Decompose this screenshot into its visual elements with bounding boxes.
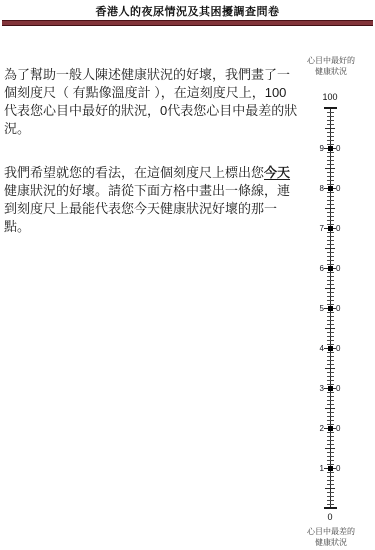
scale-tick	[327, 156, 334, 157]
scale-tick	[327, 176, 334, 177]
scale-tick	[327, 384, 334, 385]
scale-tick	[327, 456, 334, 457]
scale-tick	[327, 404, 334, 405]
scale-tick-marker	[328, 186, 333, 191]
scale-tick	[325, 448, 335, 449]
scale-tick-marker	[328, 346, 333, 351]
scale-tick	[327, 372, 334, 373]
scale-tick	[327, 144, 334, 145]
title-divider	[2, 20, 373, 26]
scale-tick	[327, 116, 334, 117]
scale-tick	[325, 288, 335, 289]
page-title: 香港人的夜尿情況及其困擾調查問卷	[0, 3, 375, 19]
scale-tick-marker	[328, 266, 333, 271]
scale-tick-label-left: 9	[310, 144, 324, 154]
scale-tick	[327, 132, 334, 133]
scale-tick	[327, 236, 334, 237]
scale-tick	[324, 107, 337, 109]
scale-tick	[327, 136, 334, 137]
scale-top-label: 心目中最好的 健康狀況	[271, 55, 375, 77]
scale-tick	[327, 204, 334, 205]
scale-tick	[327, 220, 334, 221]
scale-tick	[327, 336, 334, 337]
scale-tick	[327, 140, 334, 141]
scale-tick	[327, 260, 334, 261]
scale-tick	[327, 264, 334, 265]
scale-tick	[327, 284, 334, 285]
scale-tick-label-left: 7	[310, 224, 324, 234]
scale-tick	[327, 344, 334, 345]
scale-tick	[324, 507, 337, 509]
scale-tick	[327, 292, 334, 293]
scale-tick	[327, 432, 334, 433]
scale-tick	[327, 424, 334, 425]
scale-tick	[327, 200, 334, 201]
scale-tick	[327, 472, 334, 473]
scale-tick	[327, 504, 334, 505]
scale-tick	[327, 324, 334, 325]
scale-tick	[327, 444, 334, 445]
scale-tick	[327, 360, 334, 361]
scale-tick	[327, 272, 334, 273]
scale-tick-label-left: 1	[310, 464, 324, 474]
scale-tick	[327, 180, 334, 181]
scale-tick	[327, 192, 334, 193]
scale-tick	[327, 352, 334, 353]
intro-paragraph-1-text: 為了幫助一般人陳述健康狀況的好壞，我們畫了一 個刻度尺（ 有點像溫度計 ），在這…	[4, 67, 297, 136]
scale-tick	[327, 476, 334, 477]
scale-tick-marker	[328, 226, 333, 231]
scale-tick	[327, 232, 334, 233]
scale-tick	[327, 312, 334, 313]
scale-tick	[327, 152, 334, 153]
scale-tick	[327, 304, 334, 305]
scale-tick	[327, 316, 334, 317]
scale-tick	[325, 248, 335, 249]
scale-tick	[327, 436, 334, 437]
scale-tick	[327, 196, 334, 197]
scale-bottom-label: 心目中最差的 健康狀況	[271, 526, 375, 548]
scale-tick	[327, 332, 334, 333]
scale-tick	[327, 440, 334, 441]
scale-tick	[327, 452, 334, 453]
scale-tick	[327, 320, 334, 321]
scale-tick	[327, 160, 334, 161]
scale-tick	[327, 392, 334, 393]
scale-tick	[325, 408, 335, 409]
scale-tick	[325, 488, 335, 489]
scale-tick-label-right: 0	[336, 304, 350, 314]
scale-tick	[327, 416, 334, 417]
scale-tick-label-right: 0	[336, 144, 350, 154]
scale-tick	[327, 296, 334, 297]
scale-tick-label-left: 6	[310, 264, 324, 274]
scale-tick-label-right: 0	[336, 224, 350, 234]
scale-tick	[327, 420, 334, 421]
scale-tick	[327, 244, 334, 245]
scale-tick	[327, 412, 334, 413]
scale-tick	[327, 172, 334, 173]
scale-tick-label-left: 5	[310, 304, 324, 314]
scale-tick-marker	[328, 386, 333, 391]
scale-tick-marker	[328, 146, 333, 151]
scale-tick-label-left: 8	[310, 184, 324, 194]
scale-tick	[327, 240, 334, 241]
scale-tick-label-right: 0	[336, 184, 350, 194]
scale-tick	[327, 496, 334, 497]
scale-tick-marker	[328, 306, 333, 311]
scale-tick	[325, 208, 335, 209]
scale-tick	[327, 484, 334, 485]
intro-text: 為了幫助一般人陳述健康狀況的好壞，我們畫了一 個刻度尺（ 有點像溫度計 ），在這…	[4, 48, 304, 262]
scale-tick	[327, 356, 334, 357]
scale-tick	[327, 216, 334, 217]
scale-tick	[325, 328, 335, 329]
scale-tick	[327, 380, 334, 381]
scale-tick	[327, 224, 334, 225]
scale-tick	[327, 460, 334, 461]
scale-max-value: 100	[300, 92, 360, 102]
scale-tick	[327, 124, 334, 125]
scale-tick	[327, 340, 334, 341]
scale-tick	[327, 276, 334, 277]
scale-tick-label-right: 0	[336, 264, 350, 274]
scale-tick	[325, 368, 335, 369]
scale-tick	[327, 500, 334, 501]
scale-tick-label-left: 3	[310, 384, 324, 394]
scale-tick	[327, 492, 334, 493]
scale-tick	[327, 164, 334, 165]
scale-tick	[325, 168, 335, 169]
intro-paragraph-2-rest: 健康狀況的好壞。請從下面方格中畫出一條線，連 到刻度尺上最能代表您今天健康狀況好…	[4, 183, 290, 234]
scale-tick-label-right: 0	[336, 344, 350, 354]
scale-tick	[327, 252, 334, 253]
scale-tick	[327, 300, 334, 301]
intro-paragraph-1: 為了幫助一般人陳述健康狀況的好壞，我們畫了一 個刻度尺（ 有點像溫度計 ），在這…	[4, 66, 304, 138]
scale-tick-marker	[328, 466, 333, 471]
scale-tick	[327, 376, 334, 377]
scale-tick-marker	[328, 426, 333, 431]
scale-tick	[327, 480, 334, 481]
scale-tick-label-right: 0	[336, 464, 350, 474]
scale-tick-label-right: 0	[336, 384, 350, 394]
scale-tick	[325, 128, 335, 129]
scale-tick	[327, 400, 334, 401]
scale-tick-label-right: 0	[336, 424, 350, 434]
intro-paragraph-2-prefix: 我們希望就您的看法，在這個刻度尺上標出您	[4, 165, 264, 180]
scale-tick-label-left: 2	[310, 424, 324, 434]
scale-tick	[327, 212, 334, 213]
scale-tick	[327, 396, 334, 397]
scale-tick	[327, 112, 334, 113]
scale-tick	[327, 364, 334, 365]
scale-tick-label-left: 4	[310, 344, 324, 354]
scale-tick	[327, 120, 334, 121]
scale-min-value: 0	[300, 512, 360, 522]
scale-tick	[327, 280, 334, 281]
scale-tick	[327, 184, 334, 185]
scale-tick	[327, 256, 334, 257]
intro-paragraph-2: 我們希望就您的看法，在這個刻度尺上標出您今天 健康狀況的好壞。請從下面方格中畫出…	[4, 164, 304, 236]
today-emphasis: 今天	[264, 165, 290, 180]
scale-tick	[327, 464, 334, 465]
